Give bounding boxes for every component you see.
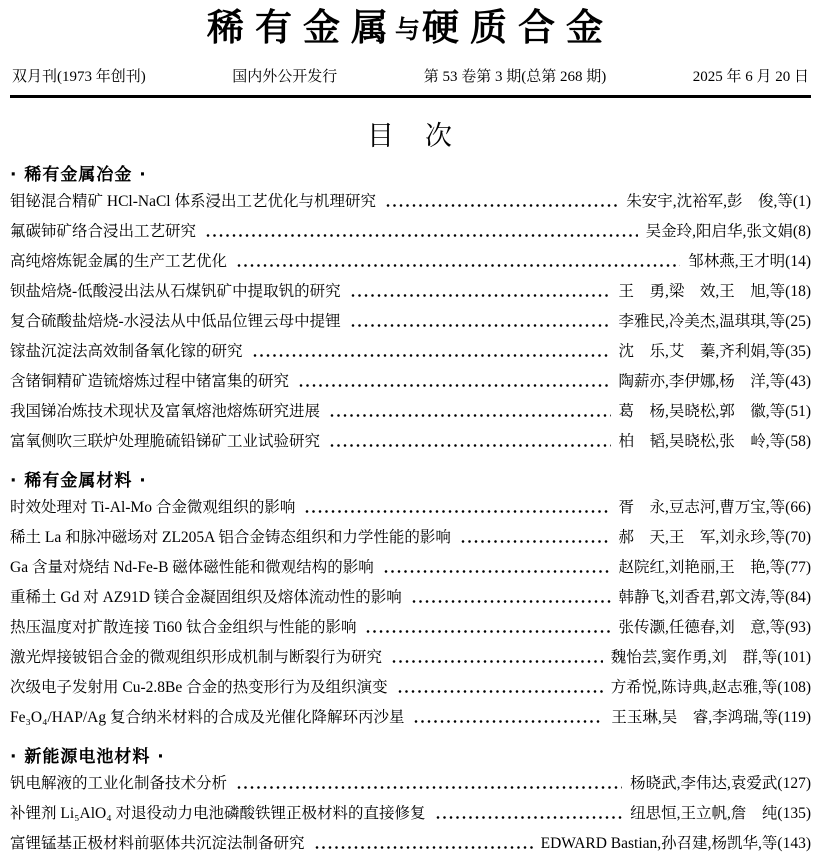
toc-entry: 激光焊接铍铝合金的微观组织形成机制与断裂行为研究 魏怡芸,窦作勇,刘 群,等(1… [10,645,811,675]
article-authors: EDWARD Bastian,孙召建,杨凯华,等(143) [541,831,811,853]
toc-heading: 目 次 [10,114,811,153]
article-title: 含锗铜精矿造锍熔炼过程中锗富集的研究 [10,369,289,391]
journal-title-conjunction: 与 [395,15,420,44]
toc-entry: 钒电解液的工业化制备技术分析 杨晓武,李伟达,袁爱武(127) [10,771,811,801]
article-title: 富氧侧吹三联炉处理脆硫铅锑矿工业试验研究 [10,429,320,451]
section-heading-rare-metal-metallurgy: · 稀有金属冶金 · [10,162,811,188]
article-authors: 吴金玲,阳启华,张文娟(8) [646,219,811,241]
issue-number: 第 53 卷第 3 期(总第 268 期) [424,65,607,86]
article-title: 次级电子发射用 Cu-2.8Be 合金的热变形行为及组织演变 [10,675,388,697]
toc-entry: 镓盐沉淀法高效制备氧化镓的研究 沈 乐,艾 蓁,齐利娟,等(35) [10,339,811,369]
dot-leader [436,815,623,820]
dot-leader [253,353,611,358]
article-authors: 赵院红,刘艳丽,王 艳,等(77) [619,555,811,577]
article-title: 稀土 La 和脉冲磁场对 ZL205A 铝合金铸态组织和力学性能的影响 [10,525,451,547]
article-title: 富锂锰基正极材料前驱体共沉淀法制备研究 [10,831,305,853]
publication-frequency: 双月刊(1973 年创刊) [12,65,146,86]
article-title: 补锂剂 Li₅AlO₄ 对退役动力电池磷酸铁锂正极材料的直接修复 [10,801,426,823]
dot-leader [206,233,638,238]
masthead-rule [10,95,811,98]
toc-entry: 复合硫酸盐焙烧-水浸法从中低品位锂云母中提锂 李雅民,冷美杰,温琪琪,等(25) [10,309,811,339]
section-heading-rare-metal-materials: · 稀有金属材料 · [10,468,811,494]
journal-title-right: 硬质合金 [422,6,614,49]
masthead-info: 双月刊(1973 年创刊) 国内外公开发行 第 53 卷第 3 期(总第 268… [12,65,809,86]
article-title: 氟碳铈矿络合浸出工艺研究 [10,219,196,241]
toc-entry: 时效处理对 Ti-Al-Mo 合金微观组织的影响 胥 永,豆志河,曹万宝,等(6… [10,495,811,525]
toc-entry: 氟碳铈矿络合浸出工艺研究 吴金玲,阳启华,张文娟(8) [10,219,811,249]
article-authors: 王 勇,梁 效,王 旭,等(18) [619,279,811,301]
article-authors: 韩静飞,刘香君,郭文涛,等(84) [619,585,811,607]
journal-toc-page: 稀有金属与硬质合金 双月刊(1973 年创刊) 国内外公开发行 第 53 卷第 … [0,0,821,858]
toc-entry: 我国锑冶炼技术现状及富氧熔池熔炼研究进展 葛 杨,吴晓松,郭 徽,等(51) [10,399,811,429]
dot-leader [305,509,610,514]
article-authors: 朱安宇,沈裕军,彭 俊,等(1) [626,189,811,211]
article-title: 热压温度对扩散连接 Ti60 钛合金组织与性能的影响 [10,615,356,637]
article-title: Ga 含量对烧结 Nd-Fe-B 磁体磁性能和微观结构的影响 [10,555,374,577]
article-title: 钡盐焙烧-低酸浸出法从石煤钒矿中提取钒的研究 [10,279,341,301]
article-authors: 郝 天,王 军,刘永珍,等(70) [619,525,811,547]
article-title: 重稀土 Gd 对 AZ91D 镁合金凝固组织及熔体流动性的影响 [10,585,402,607]
toc-entry: 热压温度对扩散连接 Ti60 钛合金组织与性能的影响 张传灏,任德春,刘 意,等… [10,615,811,645]
dot-leader [351,323,611,328]
article-authors: 邹林燕,王才明(14) [688,249,811,271]
article-title: 钼铋混合精矿 HCl-NaCl 体系浸出工艺优化与机理研究 [10,189,376,211]
article-title: 复合硫酸盐焙烧-水浸法从中低品位锂云母中提锂 [10,309,341,331]
journal-title-left: 稀有金属 [207,6,399,49]
dot-leader [461,539,611,544]
toc-entry: Fe₃O₄/HAP/Ag 复合纳米材料的合成及光催化降解环丙沙星 王玉琳,吴 睿… [10,705,811,735]
article-authors: 胥 永,豆志河,曹万宝,等(66) [619,495,811,517]
dot-leader [398,689,603,694]
article-title: 镓盐沉淀法高效制备氧化镓的研究 [10,339,243,361]
dot-leader [366,629,610,634]
article-title: 钒电解液的工业化制备技术分析 [10,771,227,793]
dot-leader [237,785,622,790]
dot-leader [386,203,618,208]
article-title: 我国锑冶炼技术现状及富氧熔池熔炼研究进展 [10,399,320,421]
article-authors: 魏怡芸,窦作勇,刘 群,等(101) [611,645,811,667]
dot-leader [237,263,680,268]
toc-entry: 富氧侧吹三联炉处理脆硫铅锑矿工业试验研究 柏 韬,吴晓松,张 岭,等(58) [10,429,811,459]
toc-entry: 高纯熔炼铌金属的生产工艺优化 邹林燕,王才明(14) [10,249,811,279]
article-title: 高纯熔炼铌金属的生产工艺优化 [10,249,227,271]
dot-leader [351,293,611,298]
toc-entry: 含锗铜精矿造锍熔炼过程中锗富集的研究 陶薪亦,李伊娜,杨 洋,等(43) [10,369,811,399]
article-authors: 沈 乐,艾 蓁,齐利娟,等(35) [619,339,811,361]
dot-leader [330,443,611,448]
toc-entry: Ga 含量对烧结 Nd-Fe-B 磁体磁性能和微观结构的影响 赵院红,刘艳丽,王… [10,555,811,585]
article-authors: 方希悦,陈诗典,赵志雅,等(108) [611,675,811,697]
publication-date: 2025 年 6 月 20 日 [693,65,809,86]
dot-leader [412,599,611,604]
article-title: 时效处理对 Ti-Al-Mo 合金微观组织的影响 [10,495,295,517]
dot-leader [392,659,603,664]
distribution-scope: 国内外公开发行 [232,65,337,86]
toc-entry: 富锂锰基正极材料前驱体共沉淀法制备研究 EDWARD Bastian,孙召建,杨… [10,831,811,858]
dot-leader [315,845,533,850]
article-title: Fe₃O₄/HAP/Ag 复合纳米材料的合成及光催化降解环丙沙星 [10,705,404,727]
toc-entry: 钡盐焙烧-低酸浸出法从石煤钒矿中提取钒的研究 王 勇,梁 效,王 旭,等(18) [10,279,811,309]
article-title: 激光焊接铍铝合金的微观组织形成机制与断裂行为研究 [10,645,382,667]
article-authors: 葛 杨,吴晓松,郭 徽,等(51) [619,399,811,421]
dot-leader [299,383,611,388]
dot-leader [414,719,603,724]
toc-entry: 补锂剂 Li₅AlO₄ 对退役动力电池磷酸铁锂正极材料的直接修复 纽思恒,王立帆… [10,801,811,831]
journal-title: 稀有金属与硬质合金 [10,6,811,57]
toc-entry: 重稀土 Gd 对 AZ91D 镁合金凝固组织及熔体流动性的影响 韩静飞,刘香君,… [10,585,811,615]
dot-leader [384,569,611,574]
article-authors: 柏 韬,吴晓松,张 岭,等(58) [619,429,811,451]
article-authors: 李雅民,冷美杰,温琪琪,等(25) [619,309,811,331]
toc-entry: 钼铋混合精矿 HCl-NaCl 体系浸出工艺优化与机理研究 朱安宇,沈裕军,彭 … [10,189,811,219]
article-authors: 陶薪亦,李伊娜,杨 洋,等(43) [619,369,811,391]
article-authors: 纽思恒,王立帆,詹 纯(135) [630,801,811,823]
section-heading-new-energy-battery-materials: · 新能源电池材料 · [10,744,811,770]
article-authors: 张传灏,任德春,刘 意,等(93) [619,615,811,637]
article-authors: 王玉琳,吴 睿,李鸿瑞,等(119) [611,705,811,727]
toc-entry: 次级电子发射用 Cu-2.8Be 合金的热变形行为及组织演变 方希悦,陈诗典,赵… [10,675,811,705]
toc-entry: 稀土 La 和脉冲磁场对 ZL205A 铝合金铸态组织和力学性能的影响 郝 天,… [10,525,811,555]
dot-leader [330,413,611,418]
article-authors: 杨晓武,李伟达,袁爱武(127) [630,771,811,793]
